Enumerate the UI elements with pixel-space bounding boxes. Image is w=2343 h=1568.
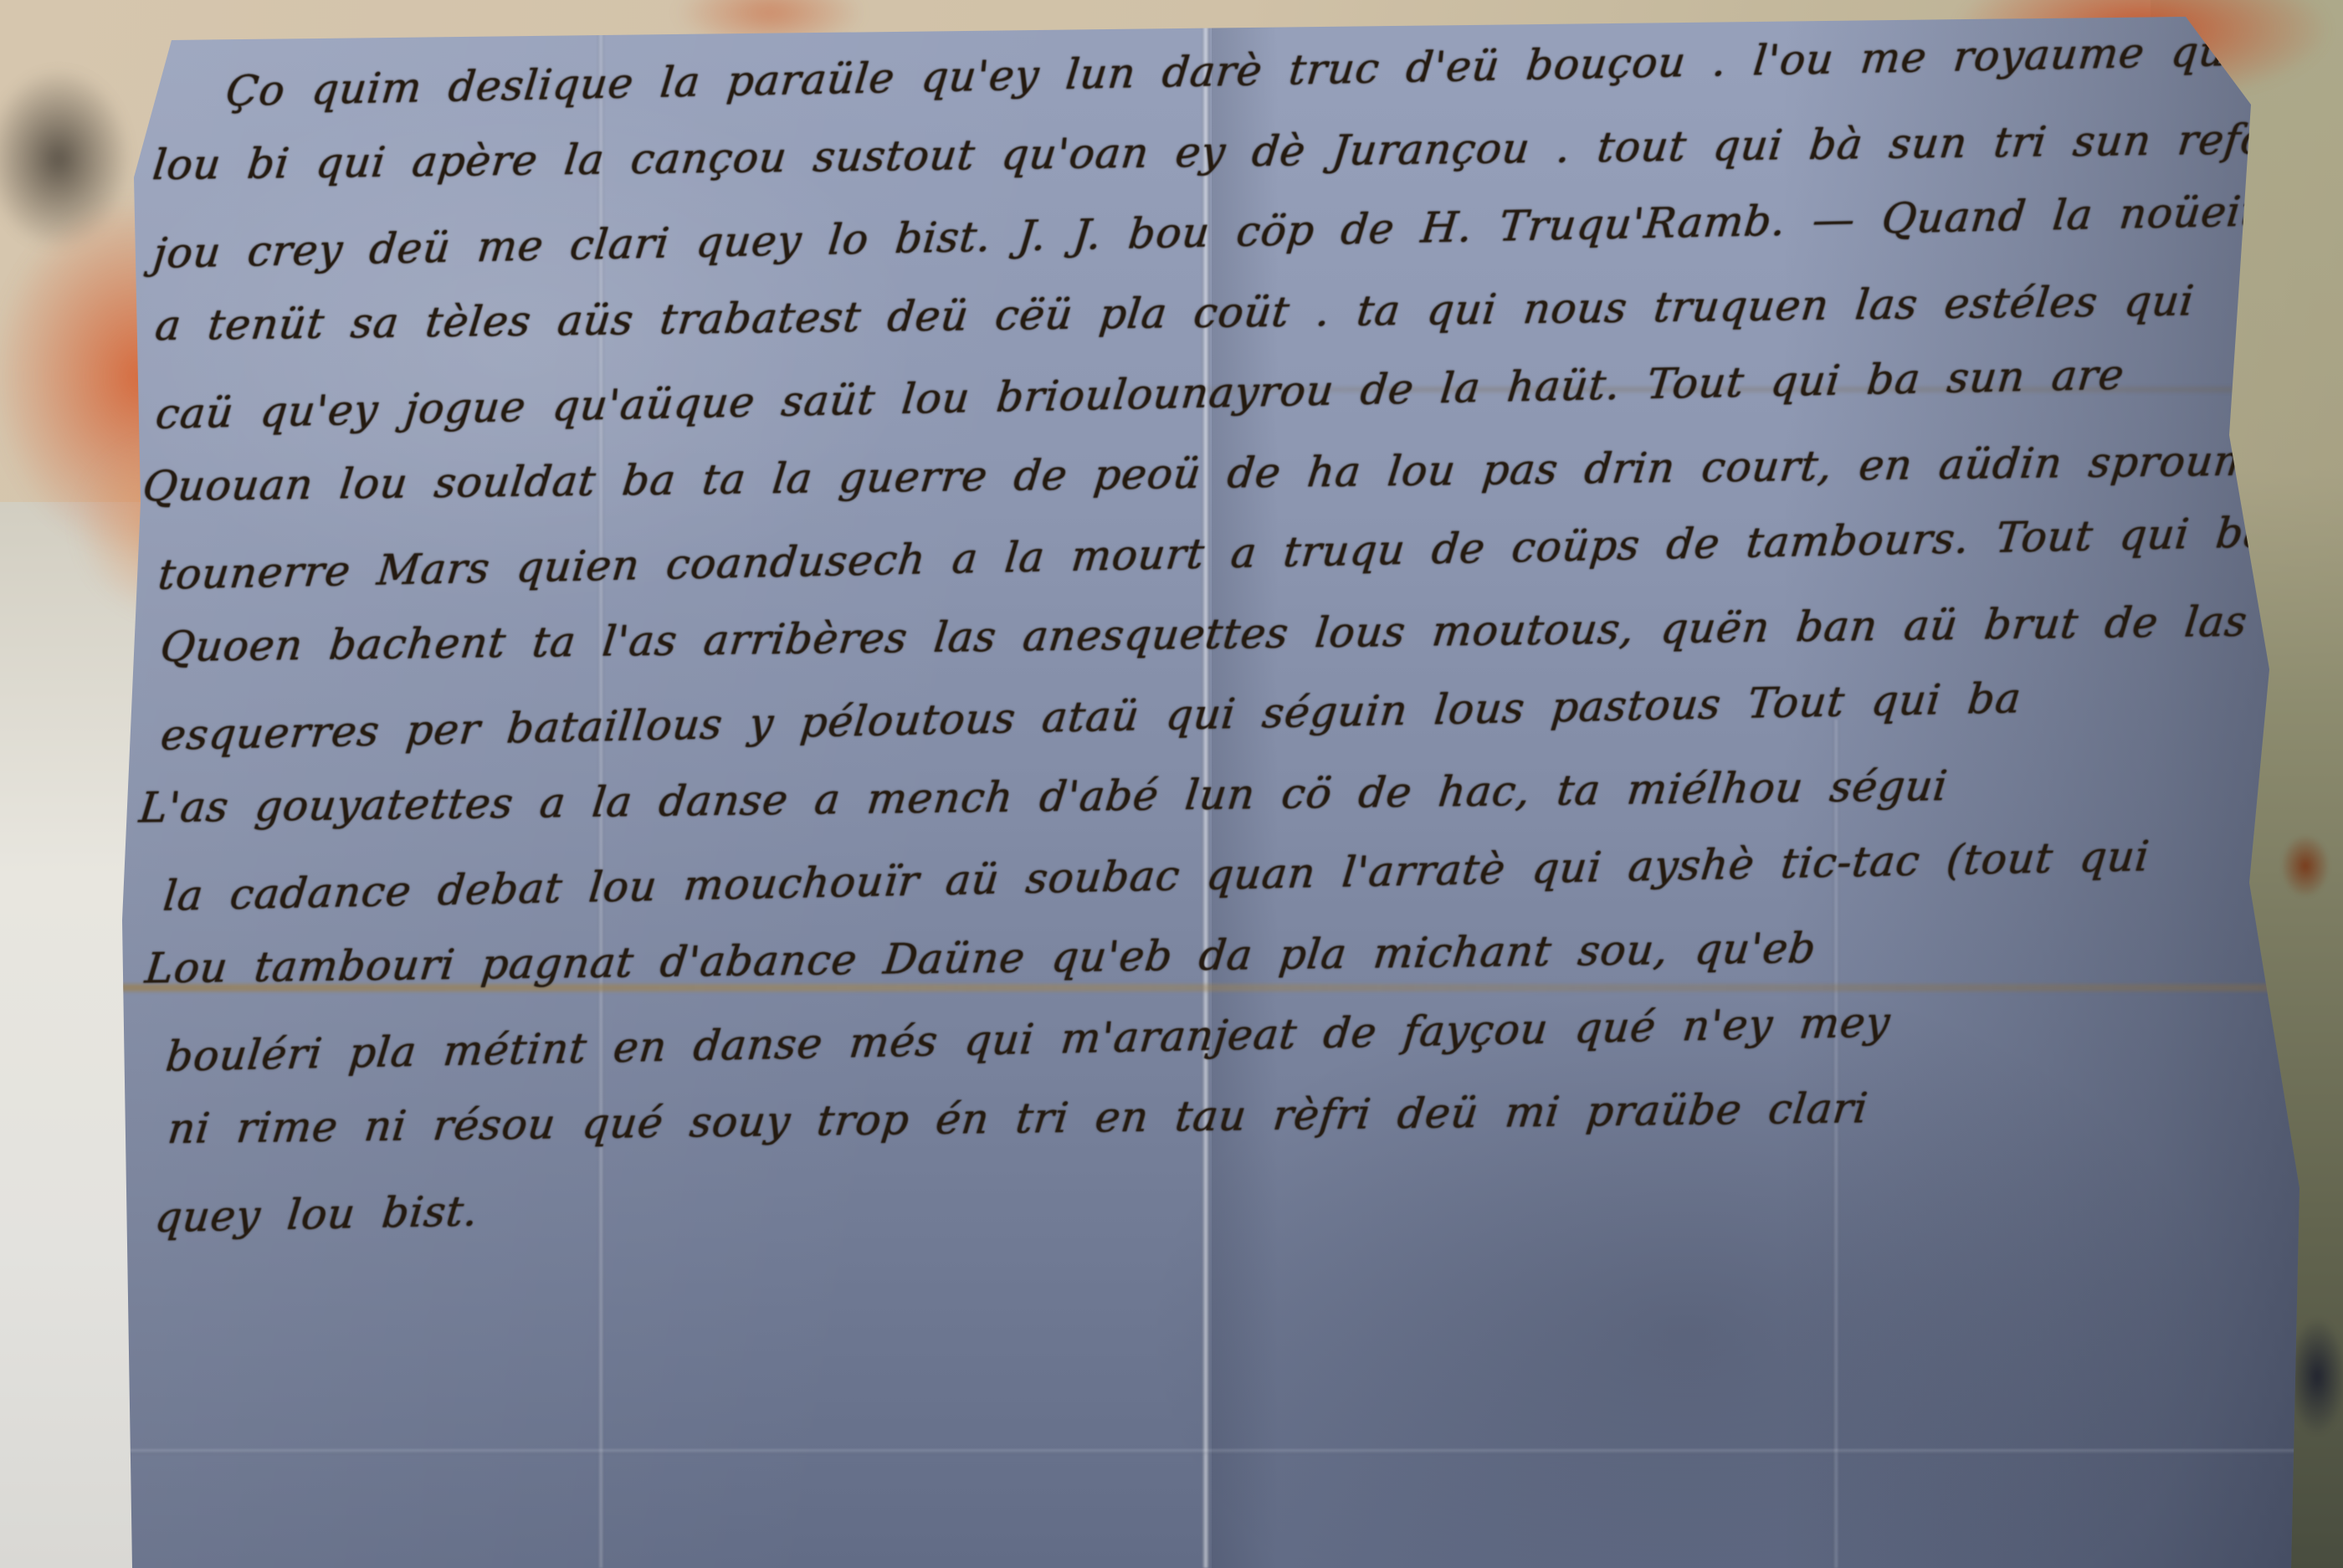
fold-crease-horizontal-lower <box>0 1449 2343 1454</box>
photo-of-handwritten-letter: Ço quim deslique la paraüle qu'ey lun da… <box>0 0 2343 1568</box>
rust-stain-right-edge <box>2273 824 2338 908</box>
letter-text-block: Ço quim deslique la paraüle qu'ey lun da… <box>127 15 2263 1253</box>
letter-paper: Ço quim deslique la paraüle qu'ey lun da… <box>0 0 2343 1568</box>
